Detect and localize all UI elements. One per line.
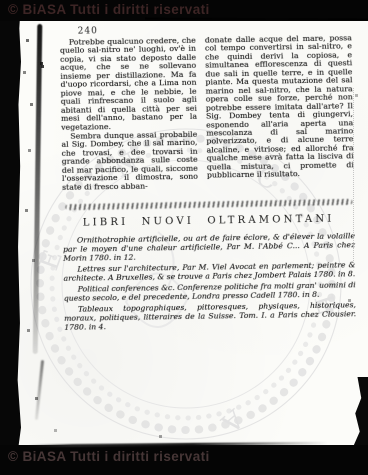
left-column: Potrebbe qualcuno credere, che quello sa…	[60, 37, 198, 192]
right-column-paragraph: donate dalle acque del mare, possa col t…	[205, 34, 354, 180]
scanner-left-border	[0, 0, 21, 475]
right-column: donate dalle acque del mare, possa col t…	[205, 34, 354, 189]
scanned-page: E N C E A 240 Potrebbe qualcuno credere,…	[0, 0, 368, 475]
page-edge-dotted-line	[353, 88, 354, 263]
bibliography-entry: Ornithotrophie artificielle, ou art de f…	[63, 232, 355, 263]
bibliography-entries: Ornithotrophie artificielle, ou art de f…	[63, 232, 356, 332]
printed-text-block: 240 Potrebbe qualcuno credere, che quell…	[60, 22, 357, 335]
left-column-paragraph: Sembra dunque assai probabile al Sig. Do…	[61, 131, 198, 192]
bibliography-entry: Tableaux topographiques, pittoresques, p…	[64, 301, 356, 332]
stamp-glyph: A	[214, 402, 249, 438]
left-column-paragraph: Potrebbe qualcuno credere, che quello sa…	[60, 37, 197, 132]
copyright-watermark: © BiASA Tutti i diritti riservati	[8, 449, 210, 464]
bottom-watermark-bar: © BiASA Tutti i diritti riservati	[0, 445, 368, 475]
section-title: LIBRI NUOVI OLTRAMONTANI	[63, 213, 355, 229]
two-column-text: Potrebbe qualcuno credere, che quello sa…	[60, 34, 354, 192]
ornament-divider	[65, 199, 352, 211]
copyright-watermark: © BiASA Tutti i diritti riservati	[8, 2, 210, 17]
